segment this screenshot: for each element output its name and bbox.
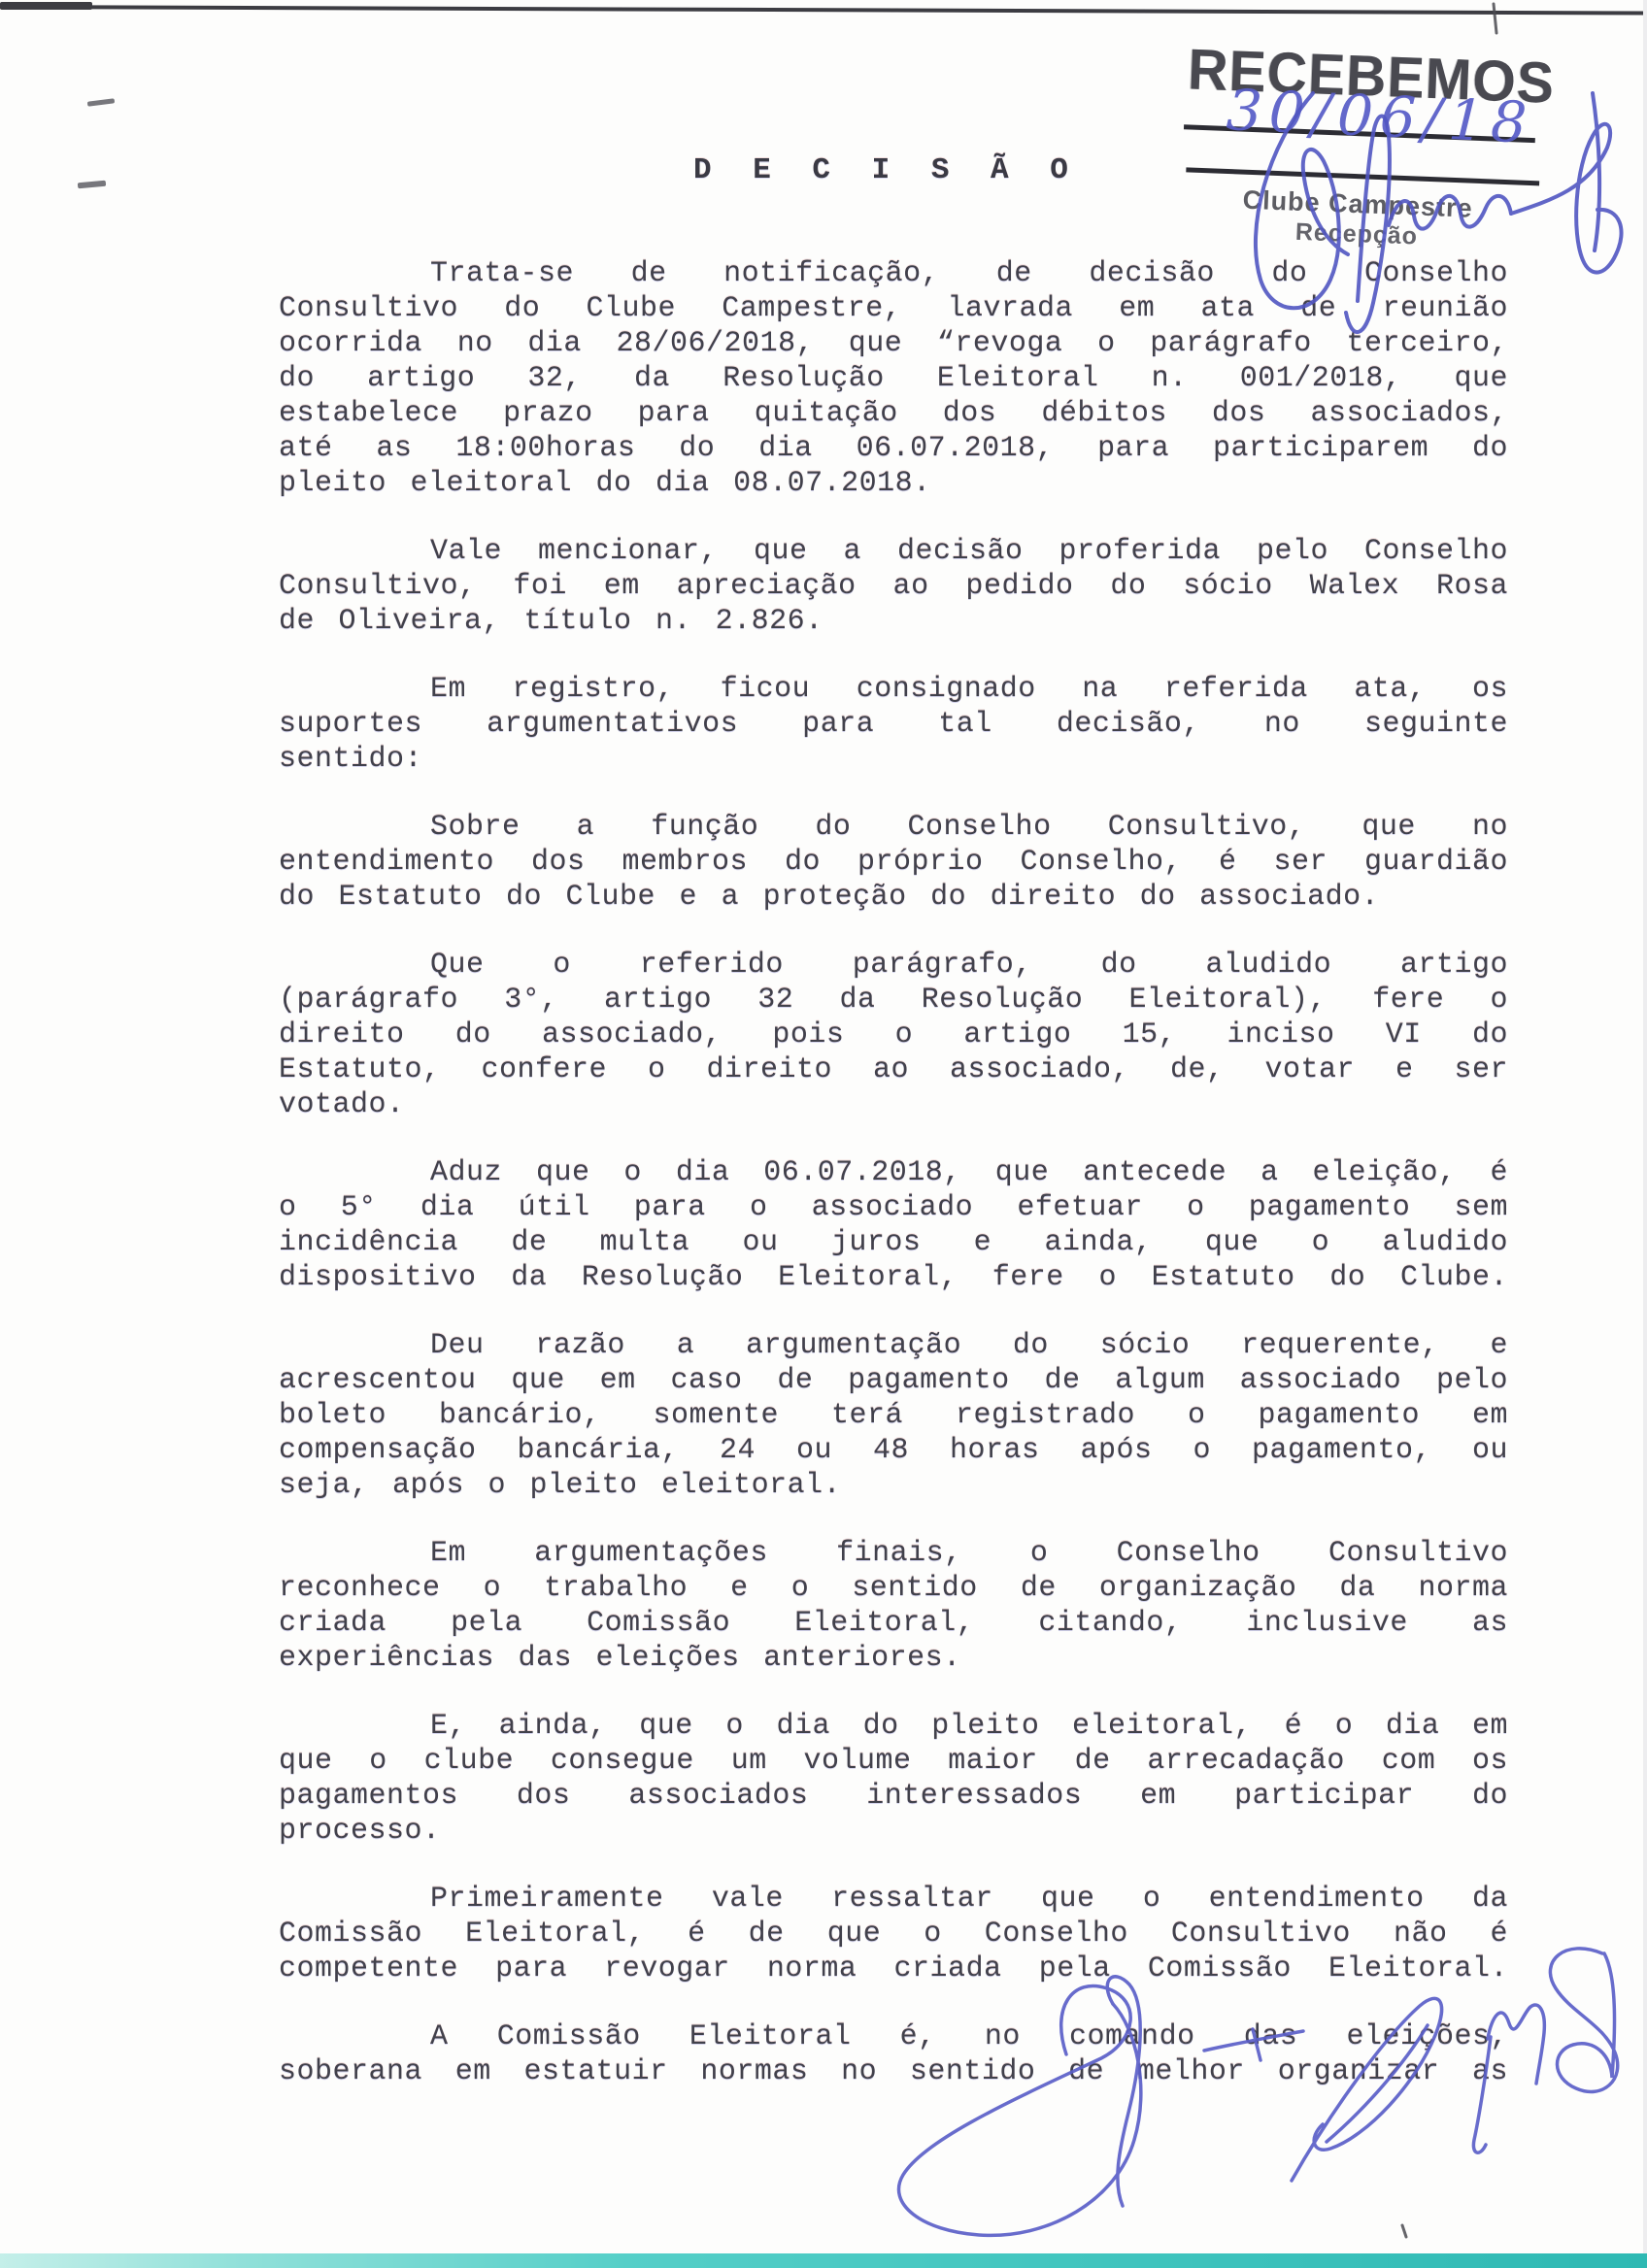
- text-line: Em argumentações finais, o Conselho Cons…: [279, 1536, 1508, 1571]
- text-line: compensação bancária, 24 ou 48 horas apó…: [279, 1433, 1508, 1468]
- text-line: pleito eleitoral do dia 08.07.2018.: [279, 466, 1508, 501]
- paragraph: Primeiramente vale ressaltar que o enten…: [279, 1882, 1508, 1986]
- text-line: dispositivo da Resolução Eleitoral, fere…: [279, 1260, 1508, 1295]
- scan-edge-bottom-teal-strip: [0, 2253, 1647, 2268]
- text-line: seja, após o pleito eleitoral.: [279, 1468, 1508, 1503]
- paragraph: Deu razão a argumentação do sócio requer…: [279, 1328, 1508, 1503]
- document-body: Trata-se de notificação, de decisão do C…: [279, 256, 1508, 2089]
- recebemos-stamp: RECEBEMOS Clube Campestre Recepção: [1171, 27, 1568, 275]
- text-line: Estatuto, confere o direito ao associado…: [279, 1052, 1508, 1087]
- page-title: D E C I S Ã O: [693, 153, 1080, 188]
- paragraph: Em registro, ficou consignado na referid…: [279, 672, 1508, 777]
- text-line: competente para revogar norma criada pel…: [279, 1951, 1508, 1986]
- text-line: acrescentou que em caso de pagamento de …: [279, 1363, 1508, 1398]
- scanned-document-page: D E C I S Ã O RECEBEMOS Clube Campestre …: [0, 0, 1647, 2268]
- paragraph: Sobre a função do Conselho Consultivo, q…: [279, 810, 1508, 915]
- text-line: Consultivo, foi em apreciação ao pedido …: [279, 569, 1508, 604]
- scan-edge-top-line: [0, 5, 1647, 16]
- text-line: ocorrida no dia 28/06/2018, que “revoga …: [279, 326, 1508, 361]
- text-line: Sobre a função do Conselho Consultivo, q…: [279, 810, 1508, 845]
- paragraph: Trata-se de notificação, de decisão do C…: [279, 256, 1508, 501]
- text-line: experiências das eleições anteriores.: [279, 1641, 1508, 1676]
- text-line: do Estatuto do Clube e a proteção do dir…: [279, 880, 1508, 915]
- paragraph: Aduz que o dia 06.07.2018, que antecede …: [279, 1155, 1508, 1295]
- paragraph: Vale mencionar, que a decisão proferida …: [279, 534, 1508, 639]
- text-line: incidência de multa ou juros e ainda, qu…: [279, 1225, 1508, 1260]
- stamp-name-text: RECEBEMOS: [1187, 35, 1556, 117]
- text-line: A Comissão Eleitoral é, no comando das e…: [279, 2019, 1508, 2054]
- text-line: suportes argumentativos para tal decisão…: [279, 707, 1508, 742]
- text-line: processo.: [279, 1814, 1508, 1849]
- scan-edge-top-blob: [0, 2, 92, 10]
- text-line: Que o referido parágrafo, do aludido art…: [279, 948, 1508, 983]
- text-line: do artigo 32, da Resolução Eleitoral n. …: [279, 361, 1508, 396]
- text-line: Primeiramente vale ressaltar que o enten…: [279, 1882, 1508, 1917]
- text-line: soberana em estatuir normas no sentido d…: [279, 2054, 1508, 2089]
- text-line: estabelece prazo para quitação dos débit…: [279, 396, 1508, 431]
- text-line: Em registro, ficou consignado na referid…: [279, 672, 1508, 707]
- text-line: Comissão Eleitoral, é de que o Conselho …: [279, 1917, 1508, 1951]
- text-line: reconhece o trabalho e o sentido de orga…: [279, 1571, 1508, 1606]
- text-line: Trata-se de notificação, de decisão do C…: [279, 256, 1508, 291]
- text-line: até as 18:00horas do dia 06.07.2018, par…: [279, 431, 1508, 466]
- text-line: votado.: [279, 1087, 1508, 1122]
- scan-edge-right: [1643, 0, 1647, 2268]
- margin-dash-mark: [78, 181, 106, 189]
- text-line: que o clube consegue um volume maior de …: [279, 1744, 1508, 1779]
- text-line: o 5° dia útil para o associado efetuar o…: [279, 1190, 1508, 1225]
- paragraph: Em argumentações finais, o Conselho Cons…: [279, 1536, 1508, 1676]
- text-line: Consultivo do Clube Campestre, lavrada e…: [279, 291, 1508, 326]
- text-line: Deu razão a argumentação do sócio requer…: [279, 1328, 1508, 1363]
- text-line: (parágrafo 3°, artigo 32 da Resolução El…: [279, 983, 1508, 1017]
- text-line: de Oliveira, título n. 2.826.: [279, 604, 1508, 639]
- paragraph: Que o referido parágrafo, do aludido art…: [279, 948, 1508, 1122]
- text-line: Vale mencionar, que a decisão proferida …: [279, 534, 1508, 569]
- stamp-date-line: [1184, 124, 1535, 143]
- text-line: sentido:: [279, 742, 1508, 777]
- text-line: entendimento dos membros do próprio Cons…: [279, 845, 1508, 880]
- text-line: pagamentos dos associados interessados e…: [279, 1779, 1508, 1814]
- text-line: direito do associado, pois o artigo 15, …: [279, 1017, 1508, 1052]
- paragraph: A Comissão Eleitoral é, no comando das e…: [279, 2019, 1508, 2089]
- text-line: criada pela Comissão Eleitoral, citando,…: [279, 1606, 1508, 1641]
- text-line: boleto bancário, somente terá registrado…: [279, 1398, 1508, 1433]
- margin-dash-mark: [87, 98, 115, 106]
- stamp-signature-line: [1186, 167, 1539, 185]
- text-line: Aduz que o dia 06.07.2018, que antecede …: [279, 1155, 1508, 1190]
- paragraph: E, ainda, que o dia do pleito eleitoral,…: [279, 1709, 1508, 1849]
- text-line: E, ainda, que o dia do pleito eleitoral,…: [279, 1709, 1508, 1744]
